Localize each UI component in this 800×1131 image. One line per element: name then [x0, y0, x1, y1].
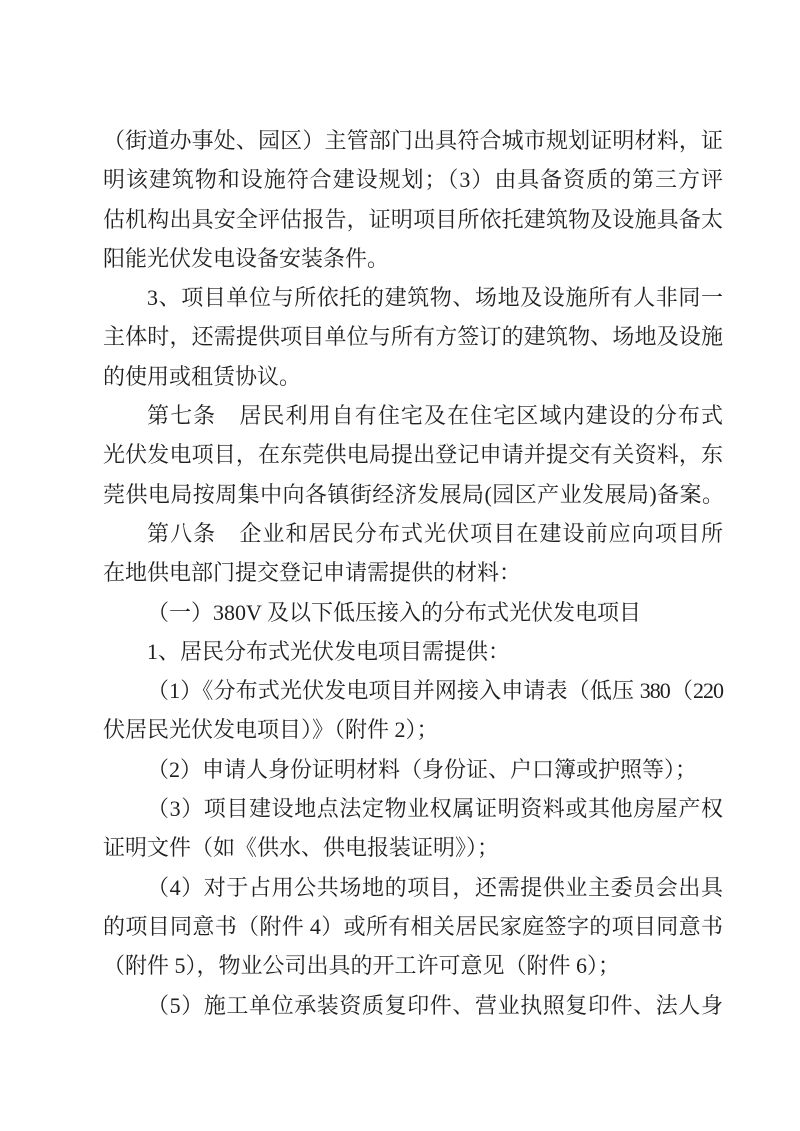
paragraph-list-item-2: （2）申请人身份证明材料（身份证、户口簿或护照等）； — [103, 750, 723, 789]
document-page: （街道办事处、园区）主管部门出具符合城市规划证明材料，证 明该建筑物和设施符合建… — [0, 0, 800, 1131]
paragraph: （街道办事处、园区）主管部门出具符合城市规划证明材料，证 明该建筑物和设施符合建… — [103, 121, 723, 278]
paragraph-list-item-3: （3）项目建设地点法定物业权属证明资料或其他房屋产权 证明文件（如《供水、供电报… — [103, 789, 723, 868]
text-line: 第八条 企业和居民分布式光伏项目在建设前应向项目所 — [103, 514, 723, 553]
text-line: 第七条 居民利用自有住宅及在住宅区域内建设的分布式 — [103, 396, 723, 435]
paragraph-sub-item-1: 1、居民分布式光伏发电项目需提供： — [103, 632, 723, 671]
text-line: 的使用或租赁协议。 — [103, 357, 723, 396]
text-line: （1）《分布式光伏发电项目并网接入申请表（低压 380（220 — [103, 671, 723, 710]
text-line: （3）项目建设地点法定物业权属证明资料或其他房屋产权 — [103, 789, 723, 828]
text-line: 1、居民分布式光伏发电项目需提供： — [103, 632, 723, 671]
text-line: （附件 5），物业公司出具的开工许可意见（附件 6）； — [103, 946, 723, 985]
text-line: 在地供电部门提交登记申请需提供的材料： — [103, 553, 723, 592]
text-line: 阳能光伏发电设备安装条件。 — [103, 239, 723, 278]
text-line: 估机构出具安全评估报告，证明项目所依托建筑物及设施具备太 — [103, 200, 723, 239]
text-line: （2）申请人身份证明材料（身份证、户口簿或护照等）； — [103, 750, 723, 789]
paragraph-list-item-4: （4）对于占用公共场地的项目，还需提供业主委员会出具 的项目同意书（附件 4）或… — [103, 868, 723, 986]
text-line: （5）施工单位承装资质复印件、营业执照复印件、法人身 — [103, 986, 723, 1025]
paragraph: 3、项目单位与所依托的建筑物、场地及设施所有人非同一 主体时，还需提供项目单位与… — [103, 278, 723, 396]
text-line: （街道办事处、园区）主管部门出具符合城市规划证明材料，证 — [103, 121, 723, 160]
text-block: （街道办事处、园区）主管部门出具符合城市规划证明材料，证 明该建筑物和设施符合建… — [103, 121, 723, 1025]
text-line: 主体时，还需提供项目单位与所有方签订的建筑物、场地及设施 — [103, 317, 723, 356]
text-line: 伏居民光伏发电项目）》（附件 2）； — [103, 710, 723, 749]
paragraph-list-item-5: （5）施工单位承装资质复印件、营业执照复印件、法人身 — [103, 986, 723, 1025]
text-line: （4）对于占用公共场地的项目，还需提供业主委员会出具 — [103, 868, 723, 907]
text-line: 的项目同意书（附件 4）或所有相关居民家庭签字的项目同意书 — [103, 907, 723, 946]
paragraph-article-8: 第八条 企业和居民分布式光伏项目在建设前应向项目所 在地供电部门提交登记申请需提… — [103, 514, 723, 593]
text-line: 3、项目单位与所依托的建筑物、场地及设施所有人非同一 — [103, 278, 723, 317]
text-line: 明该建筑物和设施符合建设规划；（3）由具备资质的第三方评 — [103, 160, 723, 199]
text-line: （一）380V 及以下低压接入的分布式光伏发电项目 — [103, 593, 723, 632]
text-line: 莞供电局按周集中向各镇街经济发展局(园区产业发展局)备案。 — [103, 475, 723, 514]
paragraph-list-item-1: （1）《分布式光伏发电项目并网接入申请表（低压 380（220 伏居民光伏发电项… — [103, 671, 723, 750]
paragraph-article-7: 第七条 居民利用自有住宅及在住宅区域内建设的分布式 光伏发电项目，在东莞供电局提… — [103, 396, 723, 514]
text-line: 证明文件（如《供水、供电报装证明》）； — [103, 828, 723, 867]
text-line: 光伏发电项目，在东莞供电局提出登记申请并提交有关资料，东 — [103, 435, 723, 474]
paragraph-section-1: （一）380V 及以下低压接入的分布式光伏发电项目 — [103, 593, 723, 632]
